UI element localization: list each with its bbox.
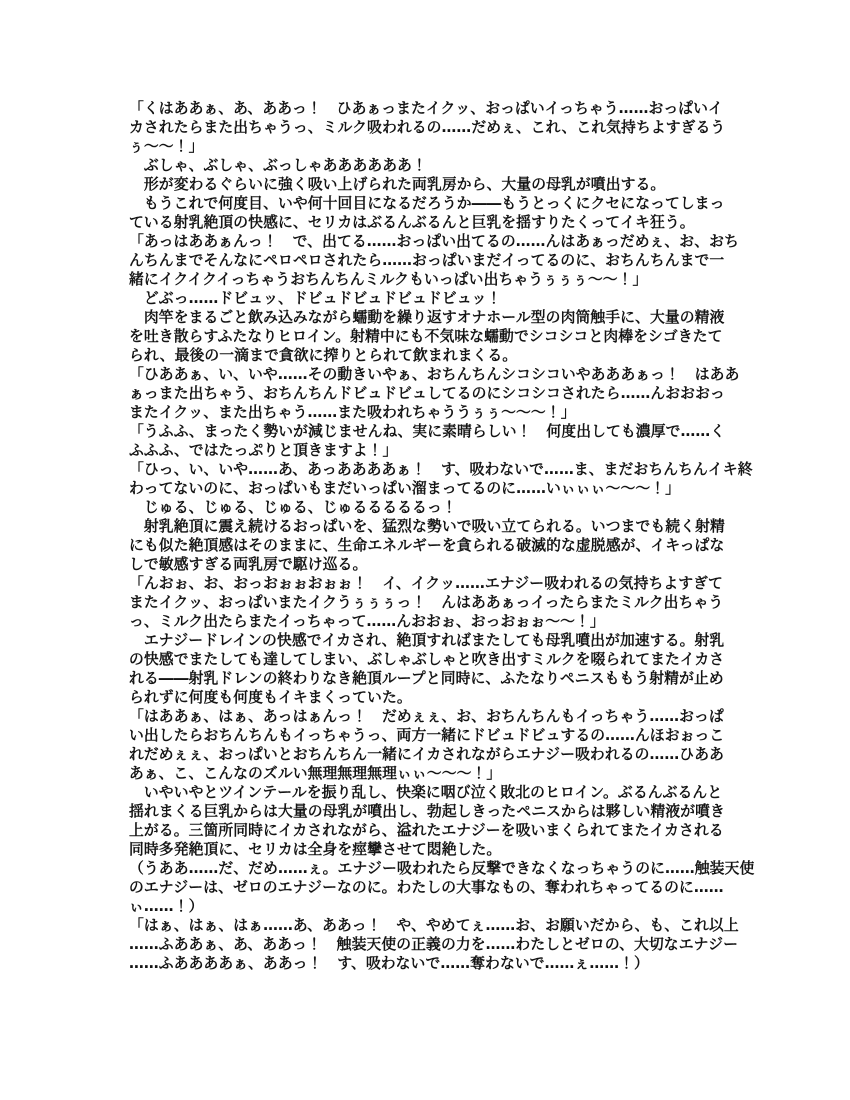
text-line: 「はああぁ、はぁ、あっはぁんっ！ だめぇぇ、お、おちんちんもイっちゃう……おっぱ <box>129 707 734 726</box>
paragraph: 「はああぁ、はぁ、あっはぁんっ！ だめぇぇ、お、おちんちんもイっちゃう……おっぱ… <box>129 707 734 783</box>
paragraph: 肉竿をまるごと飲み込みながら蠕動を繰り返すオナホール型の肉筒触手に、大量の精液を… <box>129 308 734 365</box>
text-line: またイクッ、また出ちゃう……また吸われちゃううぅぅ～～～！」 <box>129 403 734 422</box>
text-line: 「あっはああぁんっ！ で、出てる……おっぱい出てるの……んはあぁっだめぇ、お、お… <box>129 232 734 251</box>
text-line: の快感でまたしても達してしまい、ぶしゃぶしゃと吹き出すミルクを啜られてまたイカさ <box>129 650 734 669</box>
text-line: 緒にイクイクイっちゃうおちんちんミルクもいっぱい出ちゃうぅぅぅ～～！」 <box>129 270 734 289</box>
text-line: ……ふああああぁ、ああっ！ す、吸わないで……奪わないで……ぇ……！） <box>129 954 734 973</box>
text-line: 「ひっ、い、いや……あ、あっああああぁ！ す、吸わないで……ま、まだおちんちんイ… <box>129 460 734 479</box>
text-line: れだめぇぇ、おっぱいとおちんちん一緒にイカされながらエナジー吸われるの……ひああ <box>129 745 734 764</box>
text-line: あぁ、こ、こんなのズルい無理無理無理ぃぃ～～～！」 <box>129 764 734 783</box>
text-line: られずに何度も何度もイキまくっていた。 <box>129 688 734 707</box>
paragraph: どぶっ……ドビュッ、ドビュドビュドビュドビュッ！ <box>129 289 734 308</box>
text-line: れる――射乳ドレンの終わりなき絶頂ループと同時に、ふたなりペニスももう射精が止め <box>129 669 734 688</box>
text-line: ぅ～～！」 <box>129 137 734 156</box>
text-line: 「うふふ、まったく勢いが減じませんね、実に素晴らしい！ 何度出しても濃厚で……く <box>129 422 734 441</box>
paragraph: 「あっはああぁんっ！ で、出てる……おっぱい出てるの……んはあぁっだめぇ、お、お… <box>129 232 734 289</box>
text-line: のエナジーは、ゼロのエナジーなのに。わたしの大事なもの、奪われちゃってるのに…… <box>129 878 734 897</box>
paragraph: ぶしゃ、ぶしゃ、ぶっしゃああああああ！ <box>129 156 734 175</box>
text-line: どぶっ……ドビュッ、ドビュドビュドビュドビュッ！ <box>129 289 734 308</box>
paragraph: いやいやとツインテールを振り乱し、快楽に咽び泣く敗北のヒロイン。ぶるんぶるんと揺… <box>129 783 734 859</box>
text-line: ……ふああぁ、あ、ああっ！ 触装天使の正義の力を……わたしとゼロの、大切なエナジ… <box>129 935 734 954</box>
text-line: 形が変わるぐらいに強く吸い上げられた両乳房から、大量の母乳が噴出する。 <box>129 175 734 194</box>
paragraph: 形が変わるぐらいに強く吸い上げられた両乳房から、大量の母乳が噴出する。 <box>129 175 734 194</box>
paragraph: じゅる、じゅる、じゅる、じゅるるるるるっ！ <box>129 498 734 517</box>
paragraph: エナジードレインの快感でイカされ、絶頂すればまたしても母乳噴出が加速する。射乳の… <box>129 631 734 707</box>
text-line: ている射乳絶頂の快感に、セリカはぶるんぶるんと巨乳を揺すりたくってイキ狂う。 <box>129 213 734 232</box>
text-line: を吐き散らすふたなりヒロイン。射精中にも不気味な蠕動でシコシコと肉棒をシゴきたて <box>129 327 734 346</box>
text-line: 「ひああぁ、い、いや……その動きいやぁ、おちんちんシコシコいやあああぁっ！ はあ… <box>129 365 734 384</box>
text-line: わってないのに、おっぱいもまだいっぱい溜まってるのに……いぃぃぃ～～～！」 <box>129 479 734 498</box>
text-line: 射乳絶頂に震え続けるおっぱいを、猛烈な勢いで吸い立てられる。いつまでも続く射精 <box>129 517 734 536</box>
text-line: しで敏感すぎる両乳房で駆け巡る。 <box>129 555 734 574</box>
paragraph: 射乳絶頂に震え続けるおっぱいを、猛烈な勢いで吸い立てられる。いつまでも続く射精に… <box>129 517 734 574</box>
text-line: 「んおぉ、お、おっおぉぉおぉぉ！ イ、イクッ……エナジー吸われるの気持ちよすぎて <box>129 574 734 593</box>
paragraph: 「ひああぁ、い、いや……その動きいやぁ、おちんちんシコシコいやあああぁっ！ はあ… <box>129 365 734 422</box>
text-line: んちんまでそんなにペロペロされたら……おっぱいまだイってるのに、おちんちんまで一 <box>129 251 734 270</box>
text-line: エナジードレインの快感でイカされ、絶頂すればまたしても母乳噴出が加速する。射乳 <box>129 631 734 650</box>
text-line: もうこれで何度目、いや何十回目になるだろうか――もうとっくにクセになってしまっ <box>129 194 734 213</box>
text-line: カされたらまた出ちゃうっ、ミルク吸われるの……だめぇ、これ、これ気持ちよすぎるう <box>129 118 734 137</box>
text-line: ぃ……！） <box>129 897 734 916</box>
text-line: られ、最後の一滴まで貪欲に搾りとられて飲まれまくる。 <box>129 346 734 365</box>
text-line: 肉竿をまるごと飲み込みながら蠕動を繰り返すオナホール型の肉筒触手に、大量の精液 <box>129 308 734 327</box>
text-line: 「はぁ、はぁ、はぁ……あ、ああっ！ や、やめてぇ……お、お願いだから、も、これ以… <box>129 916 734 935</box>
text-line: 「くはああぁ、あ、ああっ！ ひあぁっまたイクッ、おっぱいイっちゃう……おっぱいイ <box>129 99 734 118</box>
text-line: ぁっまた出ちゃう、おちんちんドビュドビュしてるのにシコシコされたら……んおおおっ <box>129 384 734 403</box>
text-line: （うああ……だ、だめ……ぇ。エナジー吸われたら反撃できなくなっちゃうのに……触装… <box>129 859 734 878</box>
paragraph: もうこれで何度目、いや何十回目になるだろうか――もうとっくにクセになってしまって… <box>129 194 734 232</box>
text-line: またイクッ、おっぱいまたイクうぅぅぅっ！ んはああぁっイったらまたミルク出ちゃう <box>129 593 734 612</box>
text-line: い出したらおちんちんもイっちゃうっ、両方一緒にドビュドビュするの……んほおぉっこ <box>129 726 734 745</box>
paragraph: （うああ……だ、だめ……ぇ。エナジー吸われたら反撃できなくなっちゃうのに……触装… <box>129 859 734 916</box>
paragraph: 「ひっ、い、いや……あ、あっああああぁ！ す、吸わないで……ま、まだおちんちんイ… <box>129 460 734 498</box>
paragraph: 「んおぉ、お、おっおぉぉおぉぉ！ イ、イクッ……エナジー吸われるの気持ちよすぎて… <box>129 574 734 631</box>
text-line: いやいやとツインテールを振り乱し、快楽に咽び泣く敗北のヒロイン。ぶるんぶるんと <box>129 783 734 802</box>
text-line: 同時多発絶頂に、セリカは全身を痙攣させて悶絶した。 <box>129 840 734 859</box>
paragraph: 「くはああぁ、あ、ああっ！ ひあぁっまたイクッ、おっぱいイっちゃう……おっぱいイ… <box>129 99 734 156</box>
page-text: 「くはああぁ、あ、ああっ！ ひあぁっまたイクッ、おっぱいイっちゃう……おっぱいイ… <box>129 99 734 973</box>
text-line: 上がる。三箇所同時にイカされながら、溢れたエナジーを吸いまくられてまたイカされる <box>129 821 734 840</box>
text-line: 揺れまくる巨乳からは大量の母乳が噴出し、勃起しきったペニスからは夥しい精液が噴き <box>129 802 734 821</box>
text-line: にも似た絶頂感はそのままに、生命エネルギーを貪られる破滅的な虚脱感が、イキっぱな <box>129 536 734 555</box>
paragraph: 「はぁ、はぁ、はぁ……あ、ああっ！ や、やめてぇ……お、お願いだから、も、これ以… <box>129 916 734 973</box>
text-line: ぶしゃ、ぶしゃ、ぶっしゃああああああ！ <box>129 156 734 175</box>
text-line: ふふふ、ではたっぷりと頂きますよ！」 <box>129 441 734 460</box>
text-line: じゅる、じゅる、じゅる、じゅるるるるるっ！ <box>129 498 734 517</box>
document-page: 「くはああぁ、あ、ああっ！ ひあぁっまたイクッ、おっぱいイっちゃう……おっぱいイ… <box>0 0 850 1100</box>
paragraph: 「うふふ、まったく勢いが減じませんね、実に素晴らしい！ 何度出しても濃厚で……く… <box>129 422 734 460</box>
text-line: っ、ミルク出たらまたイっちゃって……んおおぉ、おっおぉぉ～～！」 <box>129 612 734 631</box>
